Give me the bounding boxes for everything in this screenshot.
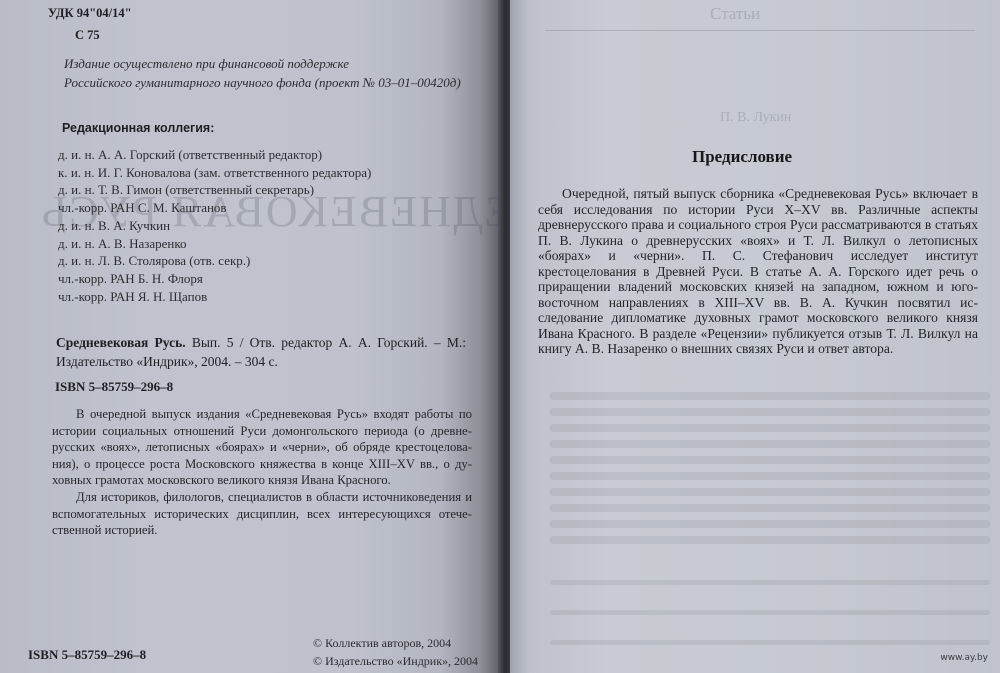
udk-code: УДК 94"04/14" — [48, 6, 132, 21]
bibliographic-record: Средневековая Русь. Вып. 5 / Отв. редакт… — [56, 333, 466, 371]
show-through-rule — [545, 30, 975, 31]
show-through-footnote — [550, 610, 990, 615]
show-through-line — [550, 472, 990, 480]
annotation: В очередной выпуск издания «Средневекова… — [52, 406, 472, 539]
board-member: д. и. н. Т. В. Гимон (ответственный секр… — [58, 181, 371, 199]
annotation-paragraph: Для историков, филологов, специалистов в… — [52, 489, 472, 539]
show-through-line — [550, 424, 990, 432]
show-through-line — [550, 440, 990, 448]
show-through-author: П. В. Лукин — [720, 110, 791, 126]
funding-line: Российского гуманитарного научного фонда… — [64, 73, 461, 92]
annotation-paragraph: В очередной выпуск издания «Средневекова… — [52, 406, 472, 489]
watermark: www.ay.by — [940, 653, 988, 663]
board-member: д. и. н. Л. В. Столярова (отв. секр.) — [58, 252, 371, 270]
copyright-line: © Издательство «Индрик», 2004 — [313, 652, 478, 670]
book-title: Средневековая Русь. — [56, 335, 186, 350]
show-through-line — [550, 488, 990, 496]
copyright-line: © Коллектив авторов, 2004 — [313, 634, 478, 652]
show-through-line — [550, 520, 990, 528]
editorial-board-title: Редакционная коллегия: — [62, 121, 214, 135]
show-through-footnote — [550, 580, 990, 585]
editorial-board-list: д. и. н. А. А. Горский (ответственный ре… — [58, 146, 371, 305]
right-page: Статьи П. В. Лукин Предисловие Очередной… — [510, 0, 1000, 673]
show-through-line — [550, 392, 990, 400]
preface-text: Очередной, пятый выпуск сборника «Средне… — [538, 186, 978, 357]
show-through-line — [550, 536, 990, 544]
show-through-line — [550, 456, 990, 464]
show-through-line — [550, 504, 990, 512]
footer-isbn: ISBN 5–85759–296–8 — [28, 647, 146, 663]
preface-paragraph: Очередной, пятый выпуск сборника «Средне… — [538, 186, 978, 357]
funding-line: Издание осуществлено при финансовой подд… — [64, 54, 461, 73]
board-member: чл.-корр. РАН Б. Н. Флоря — [58, 270, 371, 288]
board-member: д. и. н. В. А. Кучкин — [58, 217, 371, 235]
board-member: к. и. н. И. Г. Коновалова (зам. ответств… — [58, 164, 371, 182]
board-member: чл.-корр. РАН С. М. Каштанов — [58, 199, 371, 217]
board-member: д. и. н. А. А. Горский (ответственный ре… — [58, 146, 371, 164]
preface-heading: Предисловие — [692, 147, 792, 167]
show-through-line — [550, 408, 990, 416]
copyright-block: © Коллектив авторов, 2004 © Издательство… — [313, 634, 478, 670]
show-through-header: Статьи — [710, 4, 760, 24]
board-member: чл.-корр. РАН Я. Н. Щапов — [58, 288, 371, 306]
funding-note: Издание осуществлено при финансовой подд… — [64, 54, 461, 92]
classification-code: С 75 — [75, 28, 100, 43]
left-page: СРЕДНЕВЕКОВАЯ РУСЬ УДК 94"04/14" С 75 Из… — [0, 0, 500, 673]
board-member: д. и. н. А. В. Назаренко — [58, 235, 371, 253]
isbn: ISBN 5–85759–296–8 — [55, 379, 173, 395]
show-through-footnote — [550, 640, 990, 645]
